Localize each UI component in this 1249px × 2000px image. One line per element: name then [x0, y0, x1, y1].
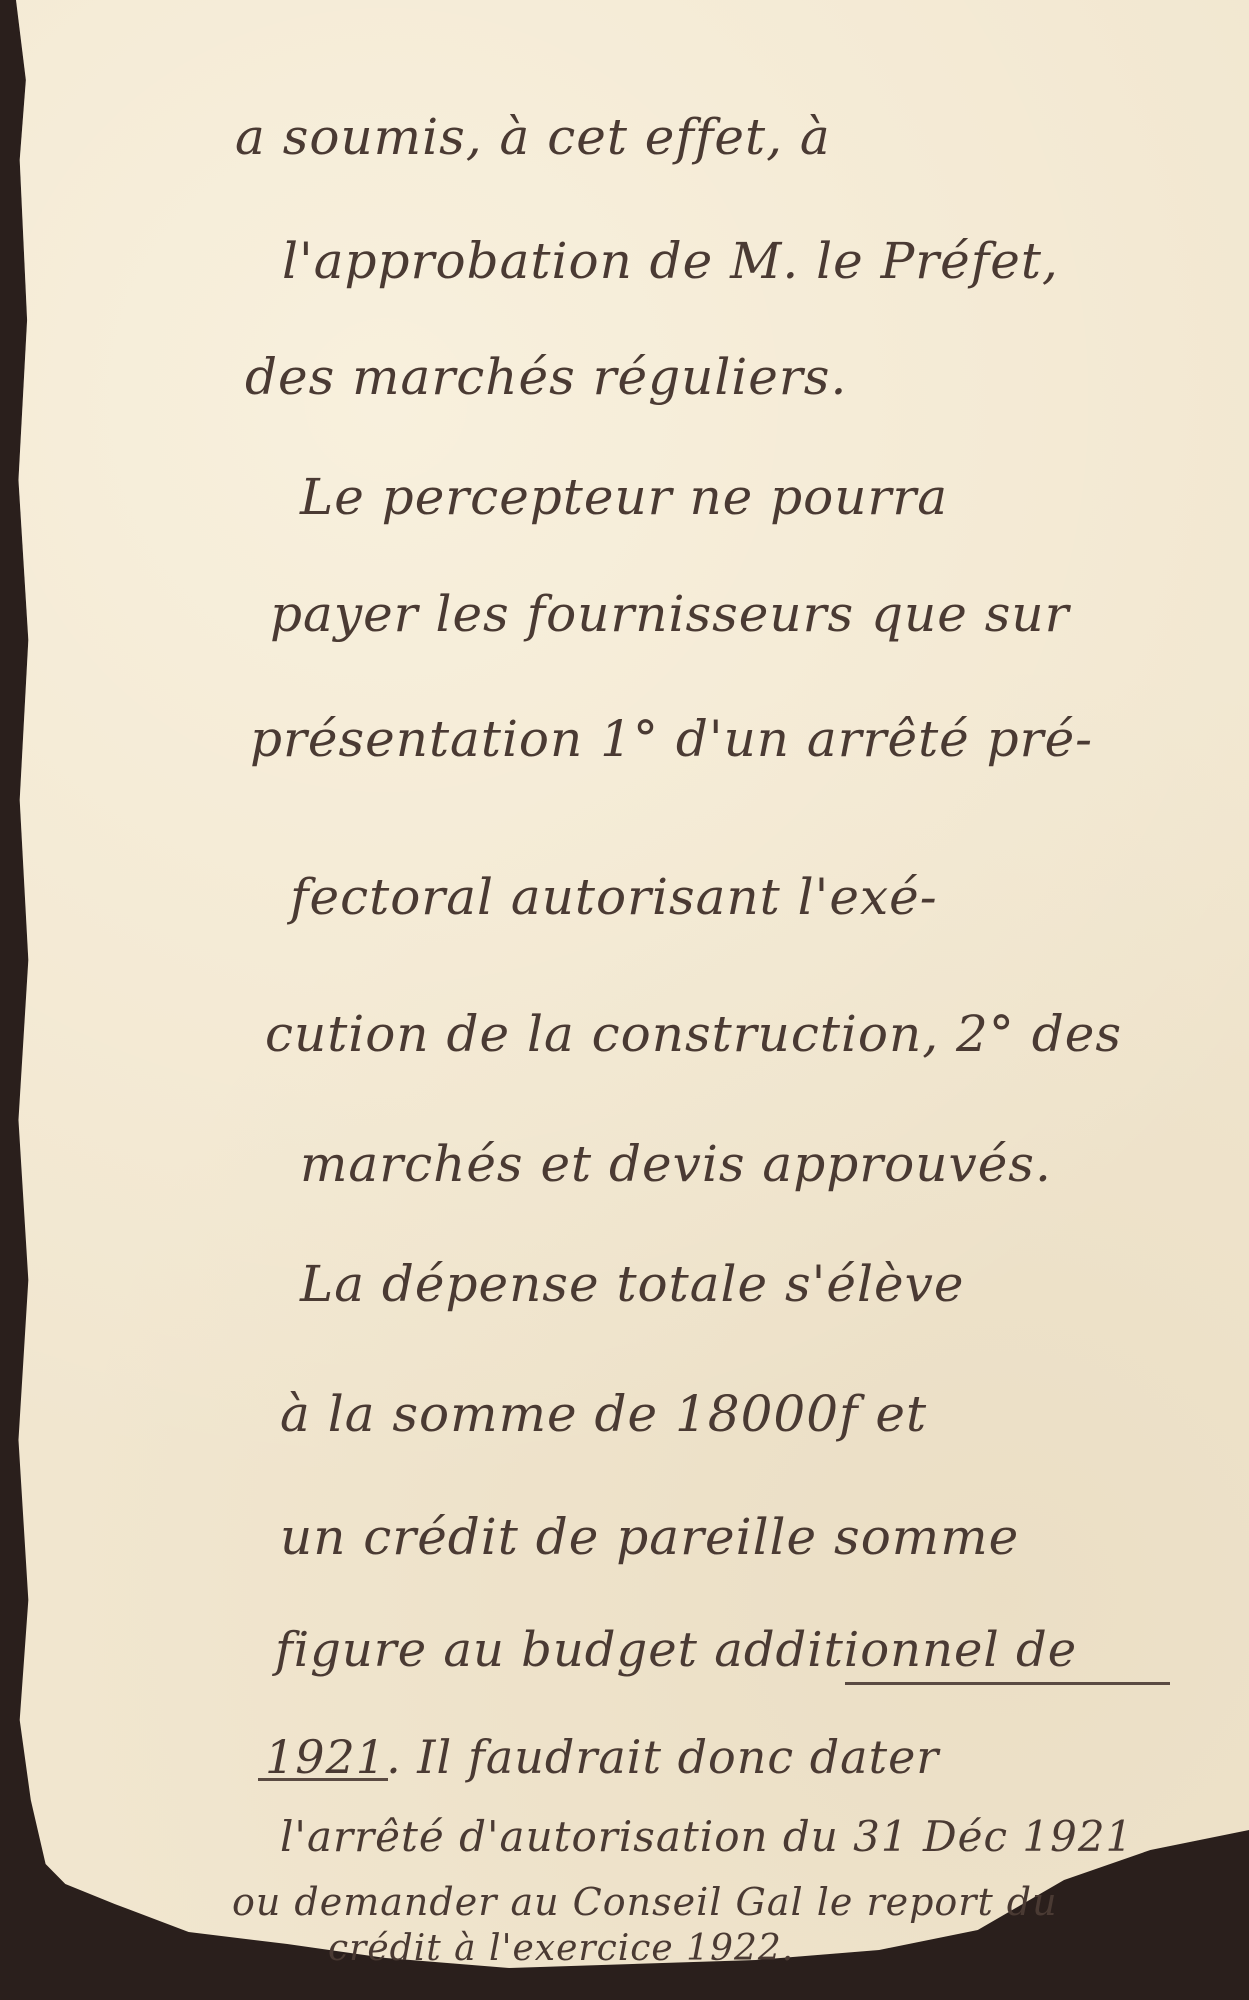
- underline-1921: [258, 1778, 388, 1781]
- paper-sheet: [16, 0, 1249, 2000]
- text-line-12: un crédit de pareille somme: [280, 1508, 1019, 1566]
- text-line-15: l'arrêté d'autorisation du 31 Déc 1921: [280, 1812, 1133, 1861]
- text-line-4: Le percepteur ne pourra: [300, 468, 948, 526]
- text-line-3: des marchés réguliers.: [245, 348, 847, 406]
- text-line-1: a soumis, à cet effet, à: [235, 108, 831, 166]
- text-line-8: cution de la construction, 2° des: [265, 1005, 1122, 1063]
- text-line-10: La dépense totale s'élève: [300, 1255, 964, 1313]
- text-line-7: fectoral autorisant l'exé-: [290, 868, 938, 926]
- text-line-16: ou demander au Conseil Gal le report du: [232, 1880, 1058, 1924]
- underline-additionnel: [845, 1682, 1170, 1685]
- text-line-14: 1921. Il faudrait donc dater: [265, 1730, 939, 1784]
- text-line-13: figure au budget additionnel de: [275, 1622, 1077, 1678]
- text-line-11: à la somme de 18000f et: [280, 1385, 927, 1443]
- text-line-17: crédit à l'exercice 1922.: [328, 1928, 794, 1969]
- text-line-2: l'approbation de M. le Préfet,: [282, 232, 1059, 290]
- text-line-6: présentation 1° d'un arrêté pré-: [250, 710, 1093, 768]
- text-line-9: marchés et devis approuvés.: [300, 1135, 1052, 1193]
- text-line-5: payer les fournisseurs que sur: [270, 585, 1070, 643]
- scanned-document: a soumis, à cet effet, à l'approbation d…: [0, 0, 1249, 2000]
